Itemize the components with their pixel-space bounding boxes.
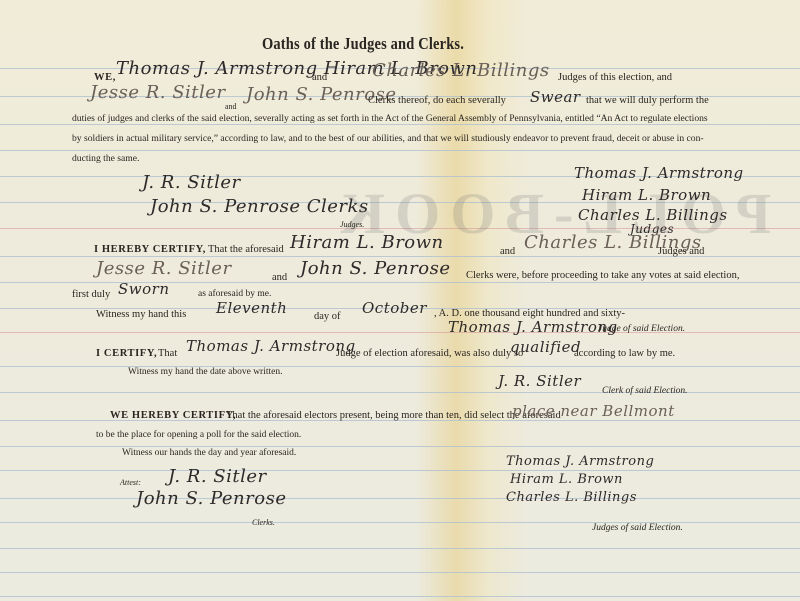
certify1-judge-signature: Thomas J. Armstrong xyxy=(448,318,618,336)
certify1-day-of: day of xyxy=(314,311,341,322)
oath-and-2: and xyxy=(225,102,237,111)
certify1-text: That the aforesaid xyxy=(208,244,284,255)
certify3-judge-signature-3: Charles L. Billings xyxy=(506,490,637,505)
certify3-place: place near Bellmont xyxy=(512,402,675,420)
certify1-name-1: Hiram L. Brown xyxy=(290,232,444,253)
certify3-text: That the aforesaid electors present, bei… xyxy=(226,410,561,421)
certify3-lead: WE HEREBY CERTIFY, xyxy=(110,410,236,421)
certify1-judge-label: Judge of said Election. xyxy=(598,324,685,334)
certify3-line-2: to be the place for opening a poll for t… xyxy=(96,430,301,440)
certify2-according: according to law by me. xyxy=(574,348,675,359)
certify3-clerks-label: Clerks. xyxy=(252,518,275,527)
signature-judge-1: Thomas J. Armstrong xyxy=(574,164,744,182)
certify2-clerk-label: Clerk of said Election. xyxy=(602,386,688,396)
signature-clerk-1: J. R. Sitler xyxy=(142,172,241,193)
oath-that-we-will: that we will duly perform the xyxy=(586,95,709,106)
certify1-and-2: and xyxy=(272,272,287,283)
certify3-attest-label: Attest: xyxy=(120,478,141,487)
oath-judges-label: Judges. xyxy=(340,220,364,229)
certify2-witness: Witness my hand the date above written. xyxy=(128,367,282,377)
signature-clerk-2: John S. Penrose Clerks xyxy=(150,196,369,217)
handwritten-swear: Swear xyxy=(530,88,581,106)
certify3-clerk-signature-1: J. R. Sitler xyxy=(168,466,267,487)
certify2-that: That xyxy=(158,348,177,359)
oath-line-4: by soldiers in actual military service,”… xyxy=(72,133,704,144)
certify1-judges-and: Judges and xyxy=(658,246,704,257)
certify1-sworn: Sworn xyxy=(118,280,169,298)
certify1-as-aforesaid: as aforesaid by me. xyxy=(198,289,271,299)
certify3-judges-label: Judges of said Election. xyxy=(592,523,683,533)
certify1-name-3: Jesse R. Sitler xyxy=(96,258,232,279)
oath-judges-text: Judges of this election, and xyxy=(558,72,672,83)
page-title: Oaths of the Judges and Clerks. xyxy=(262,34,464,54)
certify1-witness: Witness my hand this xyxy=(96,309,186,320)
oath-and-1: and xyxy=(312,72,327,83)
certify1-month-value: October xyxy=(362,299,427,317)
handwritten-judge-3: Charles L. Billings xyxy=(372,60,550,81)
certify3-witness: Witness our hands the day and year afore… xyxy=(122,448,296,458)
certify3-clerk-signature-2: John S. Penrose xyxy=(136,488,286,509)
certify2-lead: I CERTIFY, xyxy=(96,348,157,359)
oath-clerks-thereof: Clerks thereof, do each severally xyxy=(368,95,506,106)
certify1-clerks-were: Clerks were, before proceeding to take a… xyxy=(466,270,739,281)
certify1-lead: I HEREBY CERTIFY, xyxy=(94,244,206,255)
certify1-and-1: and xyxy=(500,246,515,257)
document-page: POLL-BOOK Oaths of the Judges and Clerks… xyxy=(0,0,800,601)
signature-judge-2: Hiram L. Brown xyxy=(582,186,711,204)
certify2-text: Judge of election aforesaid, was also du… xyxy=(336,348,523,359)
certify2-clerk-signature: J. R. Sitler xyxy=(498,372,581,390)
certify1-name-4: John S. Penrose xyxy=(300,258,450,279)
oath-line-5: ducting the same. xyxy=(72,153,139,164)
oath-line-3: duties of judges and clerks of the said … xyxy=(72,113,708,124)
certify1-day-value: Eleventh xyxy=(216,299,287,317)
certify3-judge-signature-2: Hiram L. Brown xyxy=(510,472,623,487)
certify3-judge-signature-1: Thomas J. Armstrong xyxy=(506,454,654,469)
handwritten-clerk-1: Jesse R. Sitler xyxy=(90,82,226,103)
certify2-qualified: qualified xyxy=(510,338,581,356)
certify1-first-duly: first duly xyxy=(72,289,110,300)
certify2-name: Thomas J. Armstrong xyxy=(186,337,356,355)
